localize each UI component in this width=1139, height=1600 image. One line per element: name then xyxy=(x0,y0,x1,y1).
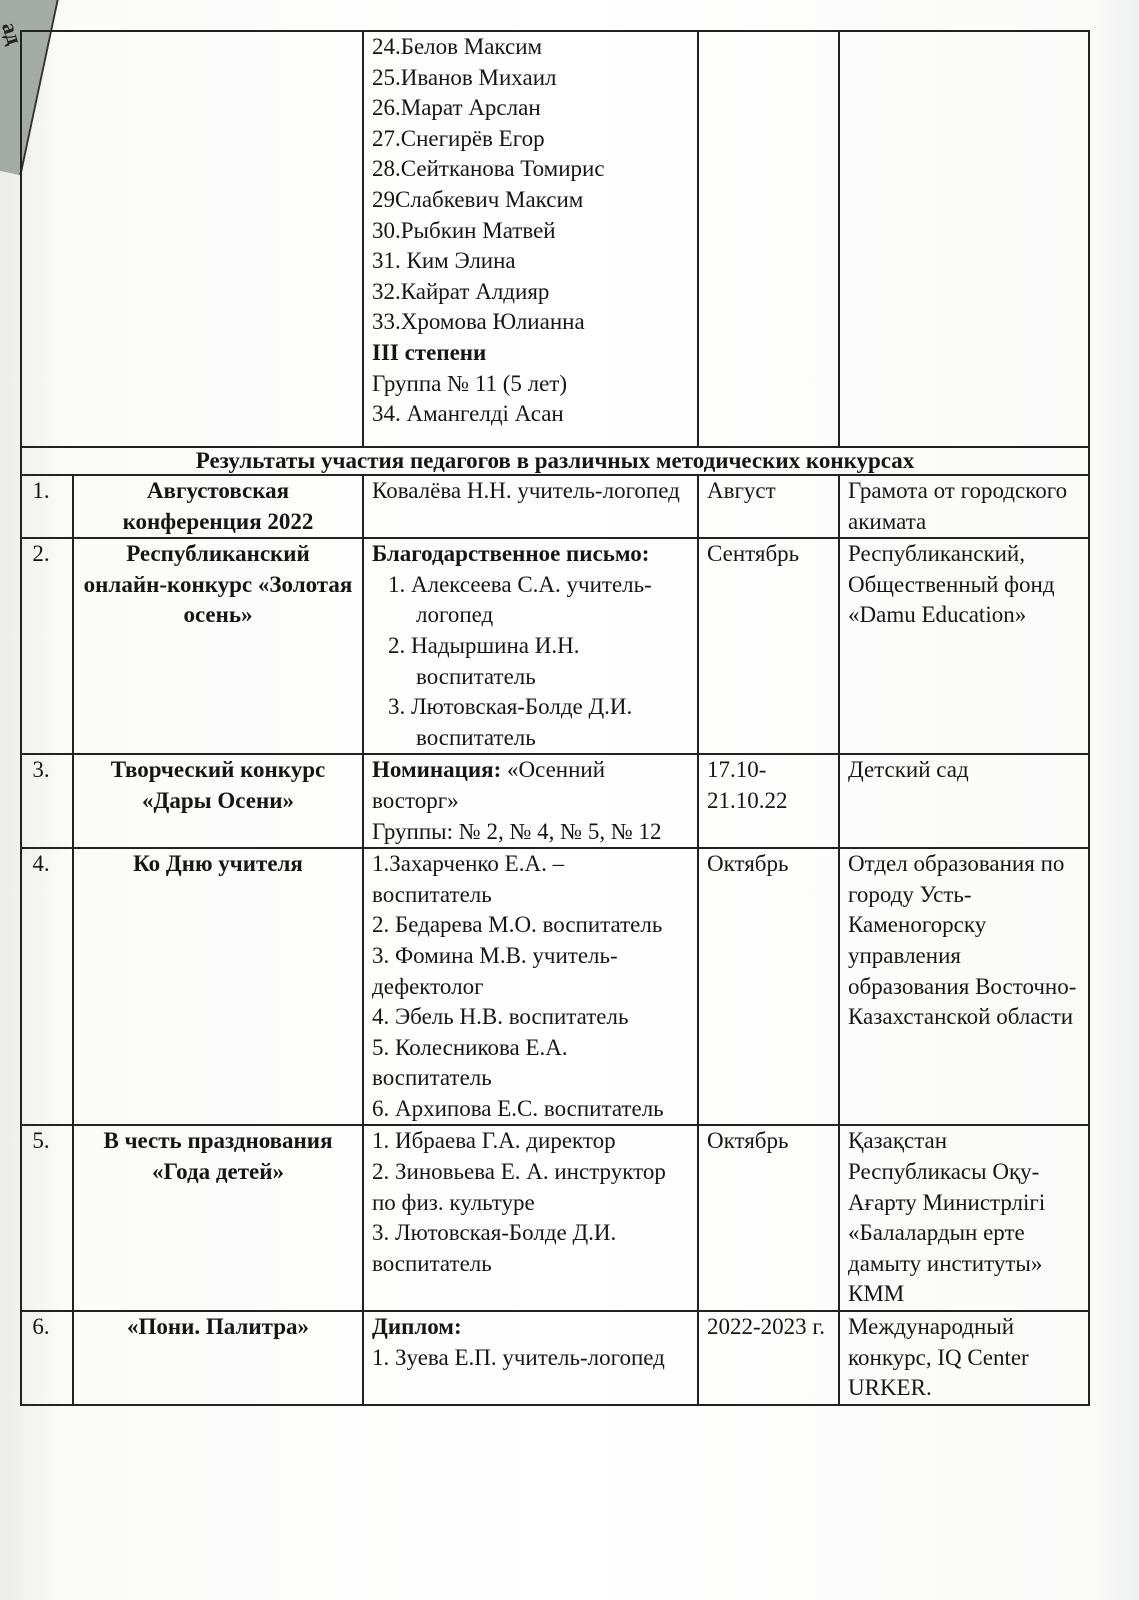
organizer-cell: Международный конкурс, IQ Center URKER. xyxy=(839,1311,1089,1405)
organizer-cell: Қазақстан Республикасы Оқу-Ағарту Минист… xyxy=(839,1125,1089,1311)
competition-title: Августовская конференция 2022 xyxy=(73,475,363,538)
participants-lead: Диплом: xyxy=(372,1312,689,1343)
participant-item: 3. Лютовская-Болде Д.И. воспитатель xyxy=(388,692,689,753)
participant-item: 3. Лютовская-Болде Д.И. воспитатель xyxy=(372,1218,689,1279)
participants-list: 1. Алексеева С.А. учитель-логопед2. Нады… xyxy=(372,570,689,754)
continuation-list-cell: 24.Белов Максим25.Иванов Михаил26.Марат … xyxy=(363,31,698,447)
participant-item: 3. Фомина М.В. учитель-дефектолог xyxy=(372,941,689,1002)
participant-item: 1. Зуева Е.П. учитель-логопед xyxy=(372,1343,689,1374)
row-number: 1. xyxy=(21,475,73,538)
student-list-item: 26.Марат Арслан xyxy=(372,93,689,124)
participant-item: 5. Колесникова Е.А. воспитатель xyxy=(372,1033,689,1094)
row-number: 3. xyxy=(21,754,73,848)
section-header: Результаты участия педагогов в различных… xyxy=(21,447,1089,475)
student-list-item: 30.Рыбкин Матвей xyxy=(372,216,689,247)
degree-heading: III степени xyxy=(372,338,689,369)
organizer-cell: Республиканский, Общественный фонд «Damu… xyxy=(839,538,1089,754)
competition-title: Творческий конкурс «Дары Осени» xyxy=(73,754,363,848)
results-table: 24.Белов Максим25.Иванов Михаил26.Марат … xyxy=(20,30,1090,1406)
participants-list: Ковалёва Н.Н. учитель-логопед xyxy=(372,476,689,507)
participants-list: 1. Ибраева Г.А. директор2. Зиновьева Е. … xyxy=(372,1126,689,1279)
participant-item: 1. Ибраева Г.А. директор xyxy=(372,1126,689,1157)
row-number: 2. xyxy=(21,538,73,754)
table-row: 3.Творческий конкурс «Дары Осени»Номинац… xyxy=(21,754,1089,848)
participant-item: Ковалёва Н.Н. учитель-логопед xyxy=(372,476,689,507)
table-row: 6.«Пони. Палитра»Диплом:1. Зуева Е.П. уч… xyxy=(21,1311,1089,1405)
participants-list: 1. Зуева Е.П. учитель-логопед xyxy=(372,1343,689,1374)
continuation-empty-cell xyxy=(21,31,363,447)
participant-item: 4. Эбель Н.В. воспитатель xyxy=(372,1002,689,1033)
continuation-date-cell xyxy=(698,31,839,447)
table-row: 4.Ко Дню учителя1.Захарченко Е.А. – восп… xyxy=(21,848,1089,1125)
section-header-row: Результаты участия педагогов в различных… xyxy=(21,447,1089,475)
participant-item: 6. Архипова Е.С. воспитатель xyxy=(372,1094,689,1125)
student-list-item: 31. Ким Элина xyxy=(372,246,689,277)
date-cell: Октябрь xyxy=(698,1125,839,1311)
row-number: 4. xyxy=(21,848,73,1125)
row-number: 6. xyxy=(21,1311,73,1405)
competition-title: Республиканский онлайн-конкурс «Золотая … xyxy=(73,538,363,754)
participants-cell: 1. Ибраева Г.А. директор2. Зиновьева Е. … xyxy=(363,1125,698,1311)
student-list: 24.Белов Максим25.Иванов Михаил26.Марат … xyxy=(372,32,689,338)
organizer-cell: Детский сад xyxy=(839,754,1089,848)
participants-list: Группы: № 2, № 4, № 5, № 12 xyxy=(372,817,689,848)
competition-title: Ко Дню учителя xyxy=(73,848,363,1125)
student-list-item: 33.Хромова Юлианна xyxy=(372,307,689,338)
student-list-item: 28.Сейтканова Томирис xyxy=(372,154,689,185)
group-label: Группа № 11 (5 лет) xyxy=(372,369,689,400)
date-cell: 2022-2023 г. xyxy=(698,1311,839,1405)
participants-lead: Номинация: xyxy=(372,757,501,782)
date-cell: Октябрь xyxy=(698,848,839,1125)
organizer-cell: Грамота от городского акимата xyxy=(839,475,1089,538)
student-list-item: 24.Белов Максим xyxy=(372,32,689,63)
participant-item: 2. Бедарева М.О. воспитатель xyxy=(372,910,689,941)
results-rows: 1.Августовская конференция 2022Ковалёва … xyxy=(21,475,1089,1405)
competition-title: «Пони. Палитра» xyxy=(73,1311,363,1405)
participant-item: 1. Алексеева С.А. учитель-логопед xyxy=(388,570,689,631)
continuation-organizer-cell xyxy=(839,31,1089,447)
participants-cell: Благодарственное письмо:1. Алексеева С.А… xyxy=(363,538,698,754)
student-list-item: 25.Иванов Михаил xyxy=(372,63,689,94)
participant-item: Группы: № 2, № 4, № 5, № 12 xyxy=(372,817,689,848)
organizer-cell: Отдел образования по городу Усть-Каменог… xyxy=(839,848,1089,1125)
date-cell: Август xyxy=(698,475,839,538)
table-row: 1.Августовская конференция 2022Ковалёва … xyxy=(21,475,1089,538)
participants-lead: Благодарственное письмо: xyxy=(372,539,689,570)
participants-cell: Ковалёва Н.Н. учитель-логопед xyxy=(363,475,698,538)
participant-item: 1.Захарченко Е.А. – воспитатель xyxy=(372,849,689,910)
date-cell: Сентябрь xyxy=(698,538,839,754)
date-cell: 17.10-21.10.22 xyxy=(698,754,839,848)
participant-item: 2. Надыршина И.Н. воспитатель xyxy=(388,631,689,692)
participants-list: 1.Захарченко Е.А. – воспитатель2. Бедаре… xyxy=(372,849,689,1124)
student-list-item: 27.Снегирёв Егор xyxy=(372,124,689,155)
row-number: 5. xyxy=(21,1125,73,1311)
continuation-row: 24.Белов Максим25.Иванов Михаил26.Марат … xyxy=(21,31,1089,447)
student-list-item: 34. Амангелді Асан xyxy=(372,399,689,430)
participants-cell: Диплом:1. Зуева Е.П. учитель-логопед xyxy=(363,1311,698,1405)
competition-title: В честь празднования «Года детей» xyxy=(73,1125,363,1311)
participants-cell: Номинация: «Осенний восторг»Группы: № 2,… xyxy=(363,754,698,848)
participant-item: 2. Зиновьева Е. А. инструктор по физ. ку… xyxy=(372,1157,689,1218)
table-row: 2.Республиканский онлайн-конкурс «Золота… xyxy=(21,538,1089,754)
participants-cell: 1.Захарченко Е.А. – воспитатель2. Бедаре… xyxy=(363,848,698,1125)
table-row: 5.В честь празднования «Года детей»1. Иб… xyxy=(21,1125,1089,1311)
student-list-item: 29Слабкевич Максим xyxy=(372,185,689,216)
student-list-item: 32.Кайрат Алдияр xyxy=(372,277,689,308)
